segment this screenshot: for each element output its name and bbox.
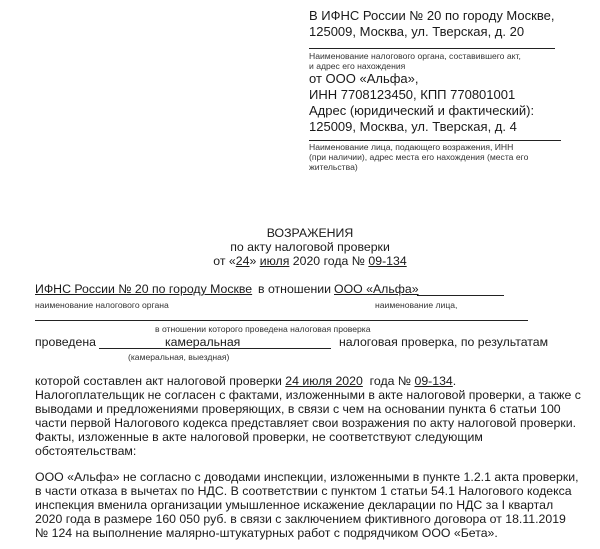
in-relation-label: в отношении [258,282,331,296]
tax-authority-caption: наименование налогового органа [35,300,169,310]
act-line-number: 09-134 [414,374,452,388]
para2-line-5: № 124 на выполнение малярно-штукатурных … [35,526,498,540]
addressee-line-1: В ИФНС России № 20 по городу Москве, [309,8,554,23]
sender-address: 125009, Москва, ул. Тверская, д. 4 [309,119,517,134]
sender-caption-1: Наименование лица, подающего возражения,… [309,142,513,152]
para1-line-2: выводами и предложениями проверяющих, в … [35,402,561,416]
addressee-caption-2: и адрес его нахождения [309,61,405,71]
after-check-type-text: налоговая проверка, по результатам [339,335,548,349]
act-date: 24 июля 2020 [285,374,363,388]
para2-line-1: ООО «Альфа» не согласно с доводами инспе… [35,470,579,484]
document-subtitle: по акту налоговой проверки [180,240,440,254]
entity-rule-tail [417,295,504,296]
sender-caption-2: (при наличии), адрес места его нахождени… [309,152,528,162]
sender-rule [309,140,561,141]
entity-caption-2: в отношении которого проведена налоговая… [155,324,371,334]
para2-line-3: инспекция вменила организации умышленное… [35,498,553,512]
act-line-end: . [453,374,456,388]
para1-line-5: обстоятельствам: [35,444,136,458]
date-day: 24 [236,254,250,268]
sender-line-1: от ООО «Альфа», [309,71,418,86]
entity-caption: наименование лица, [375,300,457,310]
act-line-prefix: которой составлен акт налоговой проверки [35,374,285,388]
date-mid-2: 2020 года № [289,254,368,268]
sender-inn-kpp: ИНН 7708123450, КПП 770801001 [309,87,515,102]
body-line-act: которой составлен акт налоговой проверки… [35,374,456,388]
addressee-line-2: 125009, Москва, ул. Тверская, д. 20 [309,24,524,39]
entity-field: ООО «Альфа» [334,282,419,296]
para1-line-4: Факты, изложенные в акте налоговой прове… [35,430,483,444]
document-date-line: от «24» июля 2020 года № 09-134 [180,254,440,268]
date-prefix: от « [213,254,235,268]
date-month: июля [260,254,290,268]
para1-line-3: части первой Налогового кодекса представ… [35,416,576,430]
para2-line-4: 2020 года в размере 160 050 руб. в связи… [35,512,566,526]
entity-continuation-rule [35,320,528,321]
check-type-field: камеральная [165,335,240,349]
document-title: ВОЗРАЖЕНИЯ [180,226,440,240]
act-line-mid: года № [363,374,415,388]
date-mid-1: » [249,254,259,268]
sender-address-label: Адрес (юридический и фактический): [309,103,534,118]
conducted-label: проведена [35,335,96,349]
act-number: 09-134 [368,254,406,268]
tax-authority-field: ИФНС России № 20 по городу Москве [35,282,252,296]
para2-line-2: в части отказа в вычетах по НДС. В соотв… [35,484,572,498]
addressee-rule [309,48,555,49]
sender-caption-3: жительства) [309,162,358,172]
addressee-caption-1: Наименование налогового органа, составив… [309,51,521,61]
check-type-caption: (камеральная, выездная) [128,352,229,362]
para1-line-1: Налогоплательщик не согласен с фактами, … [35,388,581,402]
